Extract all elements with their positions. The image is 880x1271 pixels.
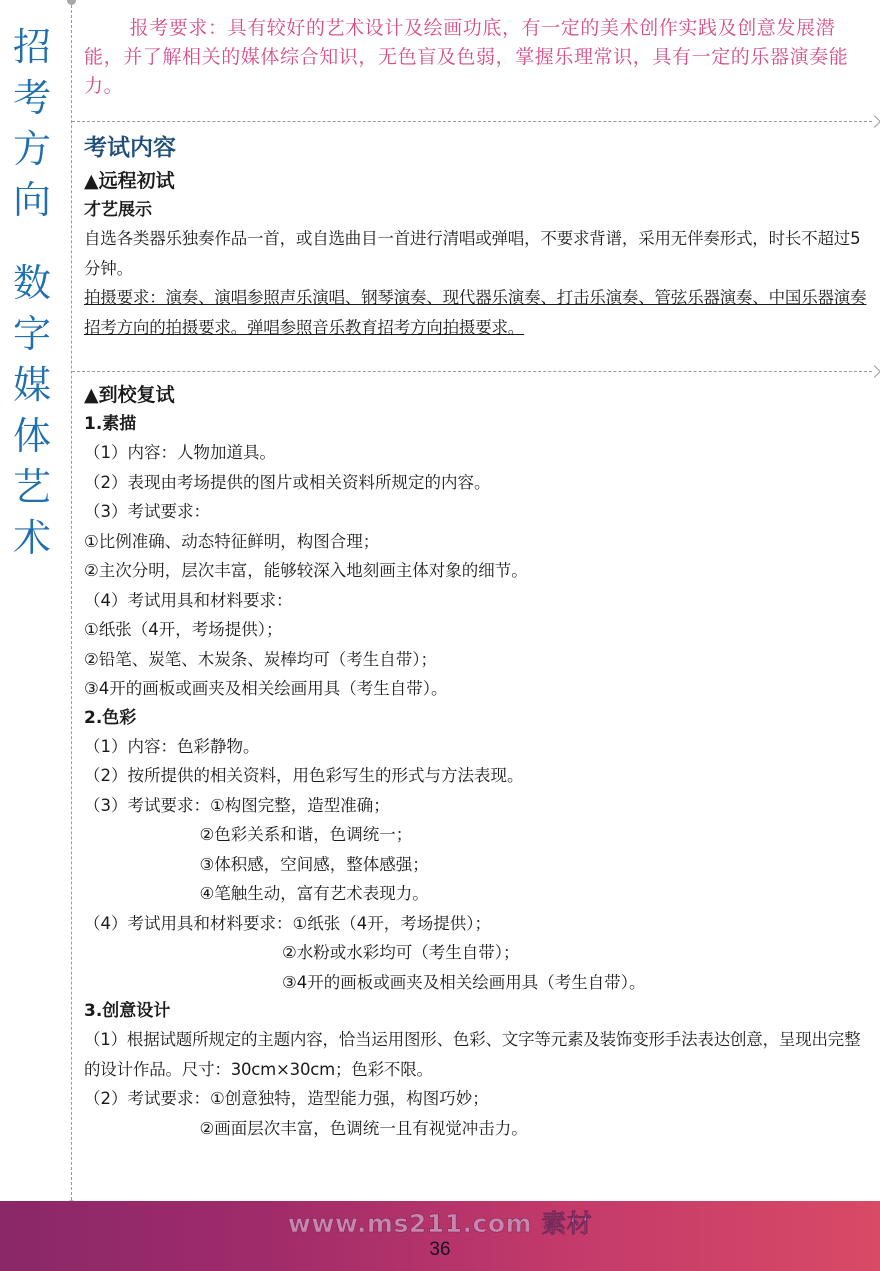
sidebar-char: 术 bbox=[8, 513, 56, 564]
color-line: （3）考试要求：①构图完整，造型准确； bbox=[84, 791, 870, 821]
sidebar-char: 考 bbox=[8, 73, 56, 124]
sketch-line: ②铅笔、炭笔、木炭条、炭棒均可（考生自带）； bbox=[84, 645, 870, 675]
sidebar-char: 媒 bbox=[8, 360, 56, 411]
item-title-talent: 才艺展示 bbox=[84, 196, 870, 224]
design-line: （2）考试要求：①创意独特，造型能力强，构图巧妙； bbox=[84, 1084, 870, 1114]
sketch-line: ①比例准确、动态特征鲜明，构图合理； bbox=[84, 527, 870, 557]
sidebar-char: 体 bbox=[8, 411, 56, 462]
arrow-right-icon bbox=[868, 365, 880, 378]
filming-requirement: 拍摄要求：演奏、演唱参照声乐演唱、钢琴演奏、现代器乐演奏、打击乐演奏、管弦乐器演… bbox=[84, 283, 870, 342]
sketch-line: （3）考试要求： bbox=[84, 497, 870, 527]
sketch-line: ②主次分明，层次丰富，能够较深入地刻画主体对象的细节。 bbox=[84, 556, 870, 586]
talent-paragraph: 自选各类器乐独奏作品一首，或自选曲目一首进行清唱或弹唱，不要求背谱，采用无伴奏形… bbox=[84, 224, 870, 283]
admission-requirements: 报考要求：具有较好的艺术设计及绘画功底，有一定的美术创作实践及创意发展潜能，并了… bbox=[84, 14, 864, 101]
color-line: ③4开的画板或画夹及相关绘画用具（考生自带）。 bbox=[84, 968, 870, 998]
horizontal-dashed-divider bbox=[72, 371, 872, 372]
color-line: ④笔触生动，富有艺术表现力。 bbox=[84, 879, 870, 909]
sidebar-title-bottom: 数 字 媒 体 艺 术 bbox=[8, 258, 56, 564]
sidebar-title-top: 招 考 方 向 bbox=[8, 22, 56, 226]
section-exam-content: 考试内容 ▲远程初试 才艺展示 自选各类器乐独奏作品一首，或自选曲目一首进行清唱… bbox=[84, 132, 870, 342]
vertical-dashed-divider bbox=[71, 0, 72, 1205]
sidebar-char: 数 bbox=[8, 258, 56, 309]
design-paragraph: （1）根据试题所规定的主题内容，恰当运用图形、色彩、文字等元素及装饰变形手法表达… bbox=[84, 1025, 870, 1084]
color-line: ②水粉或水彩均可（考生自带）； bbox=[84, 938, 870, 968]
sketch-line: （1）内容：人物加道具。 bbox=[84, 438, 870, 468]
item-title-color: 2.色彩 bbox=[84, 704, 870, 732]
top-dot-icon bbox=[67, 0, 76, 5]
sketch-line: （2）表现由考场提供的图片或相关资料所规定的内容。 bbox=[84, 468, 870, 498]
sketch-line: ③4开的画板或画夹及相关绘画用具（考生自带）。 bbox=[84, 674, 870, 704]
watermark: www.ms211.com 素材 bbox=[0, 1204, 880, 1240]
sketch-line: ①纸张（4开，考场提供）； bbox=[84, 615, 870, 645]
arrow-right-icon bbox=[868, 115, 880, 128]
subheading-remote-preliminary: ▲远程初试 bbox=[84, 166, 870, 196]
sidebar-char: 字 bbox=[8, 309, 56, 360]
sidebar-char: 向 bbox=[8, 175, 56, 226]
color-line: （1）内容：色彩静物。 bbox=[84, 732, 870, 762]
color-line: ③体积感，空间感，整体感强； bbox=[84, 850, 870, 880]
page-number: 36 bbox=[0, 1239, 880, 1261]
horizontal-dashed-divider bbox=[72, 121, 872, 122]
color-line: （4）考试用具和材料要求：①纸张（4开，考场提供）； bbox=[84, 909, 870, 939]
sidebar-char: 方 bbox=[8, 124, 56, 175]
footer-bar: www.ms211.com 素材 36 bbox=[0, 1201, 880, 1271]
item-title-design: 3.创意设计 bbox=[84, 997, 870, 1025]
sidebar-char: 艺 bbox=[8, 462, 56, 513]
color-line: （2）按所提供的相关资料，用色彩写生的形式与方法表现。 bbox=[84, 761, 870, 791]
subheading-onsite-retest: ▲到校复试 bbox=[84, 380, 870, 410]
sidebar-char: 招 bbox=[8, 22, 56, 73]
sketch-line: （4）考试用具和材料要求： bbox=[84, 586, 870, 616]
section-heading: 考试内容 bbox=[84, 132, 870, 164]
color-line: ②色彩关系和谐，色调统一； bbox=[84, 820, 870, 850]
section-onsite-retest: ▲到校复试 1.素描 （1）内容：人物加道具。 （2）表现由考场提供的图片或相关… bbox=[84, 380, 870, 1143]
item-title-sketch: 1.素描 bbox=[84, 410, 870, 438]
design-line: ②画面层次丰富，色调统一且有视觉冲击力。 bbox=[84, 1114, 870, 1144]
